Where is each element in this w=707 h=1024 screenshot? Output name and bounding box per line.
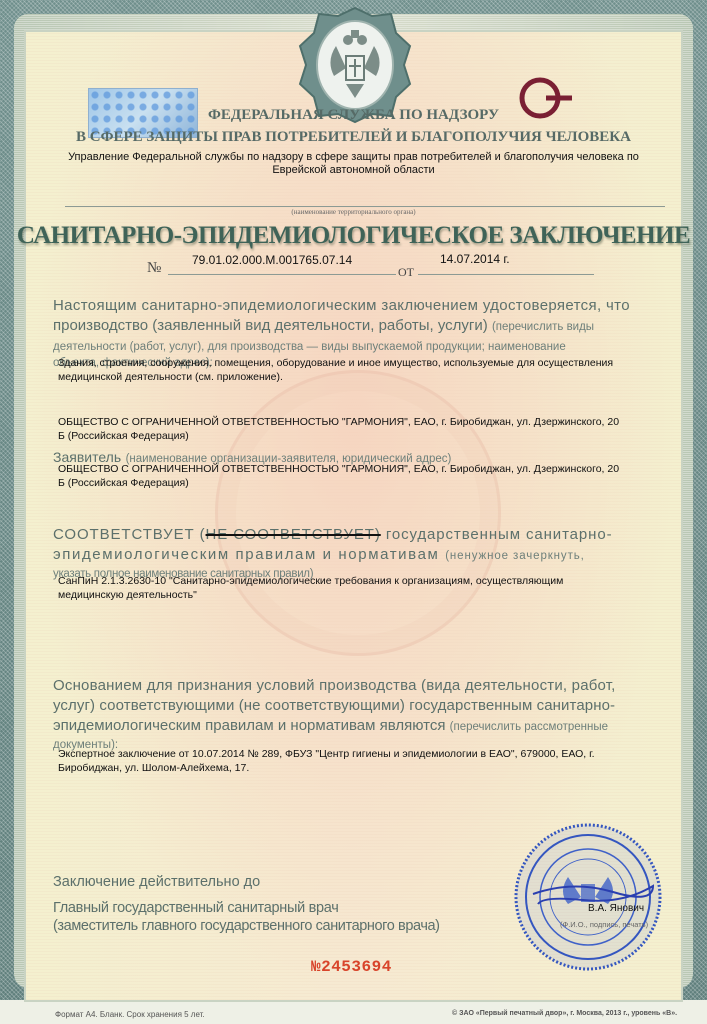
compliance-line1-rest: государственным санитарно- [386,526,613,543]
signature-caption: (Ф.И.О., подпись, печать) [560,920,648,929]
territorial-body-caption: (наименование территориального органа) [0,208,707,216]
form-serial-number: №2453694 [311,958,392,976]
basis-value-line1: Экспертное заключение от 10.07.2014 № 28… [58,747,595,761]
imprint-format-note: Формат А4. Бланк. Срок хранения 5 лет. [55,1010,205,1019]
signer-name: В.А. Янович [588,903,644,914]
agency-name-line1: ФЕДЕРАЛЬНАЯ СЛУЖБА ПО НАДЗОРУ [0,107,707,124]
basis-value-line2: Биробиджан, ул. Шолом-Алейхема, 17. [58,761,249,775]
object-value-line1: Здания, строения, сооружения, помещения,… [58,356,613,370]
valid-until-label: Заключение действительно до [53,874,260,890]
object-lead-line2: производство (заявленный вид деятельност… [53,316,594,337]
document-title: САНИТАРНО-ЭПИДЕМИОЛОГИЧЕСКОЕ ЗАКЛЮЧЕНИЕ [0,222,707,250]
watermark-emblem [215,370,501,656]
basis-line3: эпидемиологическим правилам и нормативам… [53,716,608,737]
compliance-complies: СООТВЕТСТВУЕТ ( [53,526,206,543]
number-label: № [147,260,161,277]
applicant-value-line2: Б (Российская Федерация) [58,476,189,490]
territorial-body-underline [65,206,665,207]
object-value-line2: медицинской деятельности (см. приложение… [58,370,283,384]
compliance-value-line2: медицинскую деятельность" [58,588,197,602]
number-underline [168,274,396,275]
compliance-line2-main: эпидемиологическим правилам и нормативам [53,546,439,563]
compliance-line2-small: (ненужное зачеркнуть, [445,550,585,562]
imprint-printer-note: © ЗАО «Первый печатный двор», г. Москва,… [452,1010,677,1017]
basis-line3-main: эпидемиологическим правилам и нормативам… [53,717,445,734]
object-address-line2: Б (Российская Федерация) [58,429,189,443]
date-underline [418,274,594,275]
date-label: от [398,265,414,280]
basis-line1: Основанием для признания условий произво… [53,676,616,695]
signer-title-line1: Главный государственный санитарный врач [53,900,338,916]
document-number: 79.01.02.000.М.001765.07.14 [192,253,352,267]
basis-line2: услуг) соответствующими (не соответствую… [53,696,615,715]
signer-title-line2: (заместитель главного государственного с… [53,918,440,934]
object-lead-line2-small: (перечислить виды [492,321,594,333]
object-lead-line2-main: производство (заявленный вид деятельност… [53,317,488,334]
official-seal-stamp-icon [513,822,663,972]
compliance-value-line1: СанПиН 2.1.3.2630-10 "Санитарно-эпидемио… [58,574,563,588]
territorial-body-line2: Еврейской автономной области [0,164,707,176]
document-date: 14.07.2014 г. [440,252,510,266]
territorial-body-line1: Управление Федеральной службы по надзору… [0,151,707,163]
applicant-value-line1: ОБЩЕСТВО С ОГРАНИЧЕННОЙ ОТВЕТСТВЕННОСТЬЮ… [58,462,619,476]
compliance-line1: СООТВЕТСТВУЕТ (НЕ СООТВЕТСТВУЕТ) государ… [53,525,613,544]
compliance-not-complies-struck: НЕ СООТВЕТСТВУЕТ) [206,526,381,543]
basis-line3-small: (перечислить рассмотренные [450,721,608,733]
object-address-line1: ОБЩЕСТВО С ОГРАНИЧЕННОЙ ОТВЕТСТВЕННОСТЬЮ… [58,415,619,429]
object-lead-line1: Настоящим санитарно-эпидемиологическим з… [53,296,630,315]
agency-name-line2: В СФЕРЕ ЗАЩИТЫ ПРАВ ПОТРЕБИТЕЛЕЙ И БЛАГО… [0,129,707,146]
